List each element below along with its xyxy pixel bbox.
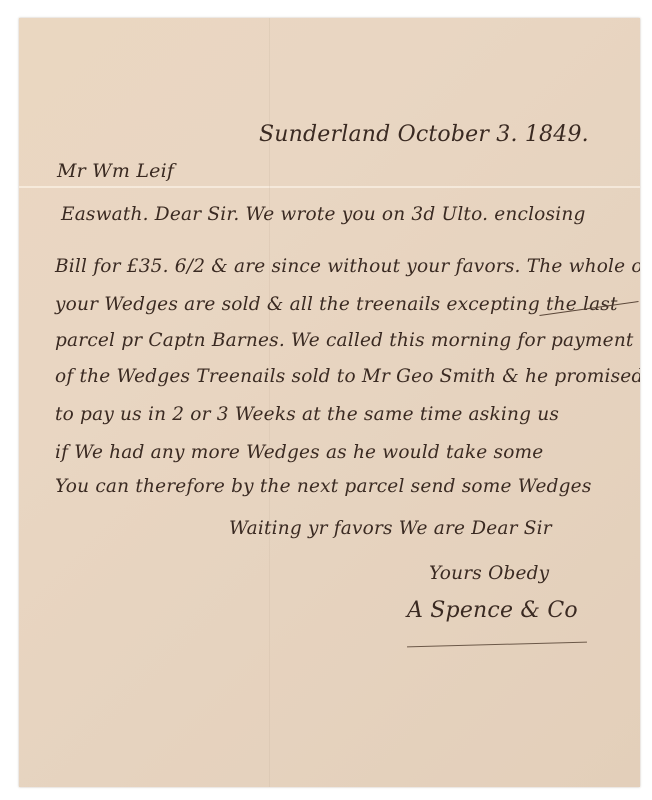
signature-underline (407, 642, 587, 648)
paper-fold-crease (19, 186, 640, 188)
body-line: of the Wedges Treenails sold to Mr Geo S… (55, 366, 640, 387)
signature: A Spence & Co (407, 598, 578, 623)
valediction: Yours Obedy (429, 563, 549, 584)
body-line: if We had any more Wedges as he would ta… (55, 442, 543, 463)
body-line: your Wedges are sold & all the treenails… (55, 294, 618, 315)
addressee: Mr Wm Leif (57, 160, 174, 182)
body-line: to pay us in 2 or 3 Weeks at the same ti… (55, 404, 559, 425)
dateline: Sunderland October 3. 1849. (259, 122, 589, 147)
body-line: Bill for £35. 6/2 & are since without yo… (55, 256, 640, 277)
closing-line: Waiting yr favors We are Dear Sir (229, 518, 552, 539)
body-line: Easwath. Dear Sir. We wrote you on 3d Ul… (61, 204, 586, 225)
body-line: parcel pr Captn Barnes. We called this m… (55, 330, 634, 351)
letter-paper: Sunderland October 3. 1849. Mr Wm Leif E… (19, 18, 640, 787)
body-line: You can therefore by the next parcel sen… (55, 476, 592, 497)
